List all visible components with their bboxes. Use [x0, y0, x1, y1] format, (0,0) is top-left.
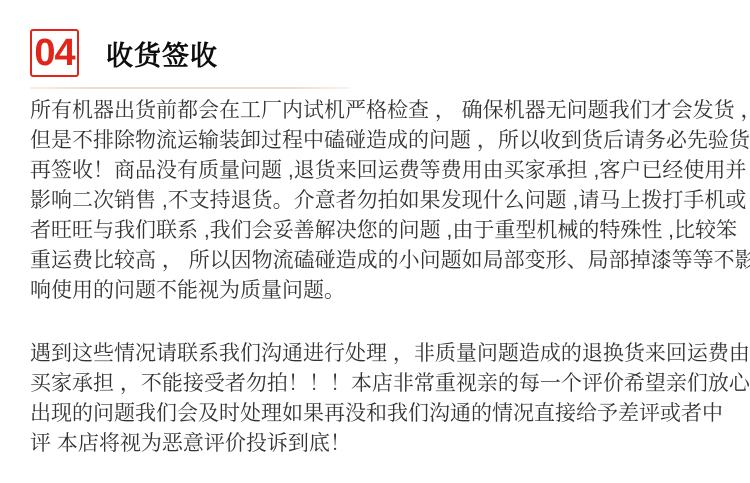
notice-text-block: 所有机器出货前都会在工厂内试机严格检查 ， 确保机器无问题我们才会发货 ， 但是…	[30, 96, 724, 459]
text-line: 再签收！商品没有质量问题 ,退货来回运费等费用由买家承担 ,客户已经使用并	[30, 156, 724, 186]
text-line: 响使用的问题不能视为质量问题。	[30, 276, 724, 306]
paragraph-review-notice: 遇到这些情况请联系我们沟通进行处理 ，非质量问题造成的退换货来回运费由 买家承担…	[30, 339, 724, 459]
receiving-signoff-section: 04 收货签收 所有机器出货前都会在工厂内试机严格检查 ， 确保机器无问题我们才…	[0, 0, 750, 483]
text-line: 评 本店将视为恶意评价投诉到底！	[30, 429, 724, 459]
section-number: 04	[34, 31, 74, 75]
section-divider	[30, 87, 350, 89]
text-line: 出现的问题我们会及时处理如果再没和我们沟通的情况直接给予差评或者中	[30, 399, 724, 429]
text-line: 影响二次销售 ,不支持退货。介意者勿拍如果发现什么问题 ,请马上拨打手机或	[30, 186, 724, 216]
paragraph-quality-inspection-notice: 所有机器出货前都会在工厂内试机严格检查 ， 确保机器无问题我们才会发货 ， 但是…	[30, 96, 724, 306]
text-line: 所有机器出货前都会在工厂内试机严格检查 ， 确保机器无问题我们才会发货 ，	[30, 96, 724, 126]
text-line: 者旺旺与我们联系 ,我们会妥善解决您的问题 ,由于重型机械的特殊性 ,比较笨	[30, 216, 724, 246]
section-header: 04 收货签收	[30, 29, 218, 77]
text-line: 但是不排除物流运输装卸过程中磕碰造成的问题 ，所以收到货后请务必先验货	[30, 126, 724, 156]
text-line: 买家承担 ，不能接受者勿拍！！！本店非常重视亲的每一个评价希望亲们放心 ，	[30, 369, 724, 399]
section-number-badge: 04	[30, 29, 79, 77]
section-title: 收货签收	[106, 34, 218, 73]
text-line: 遇到这些情况请联系我们沟通进行处理 ，非质量问题造成的退换货来回运费由	[30, 339, 724, 369]
text-line: 重运费比较高 ， 所以因物流磕碰造成的小问题如局部变形、局部掉漆等等不影	[30, 246, 724, 276]
